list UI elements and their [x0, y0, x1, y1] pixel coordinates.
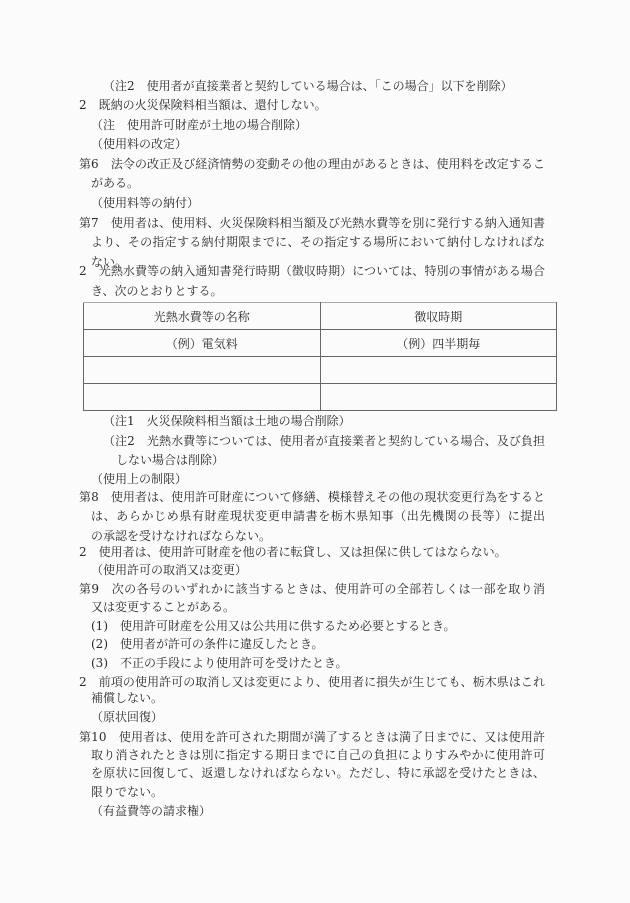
text-line: 又は変更することがある。 [91, 599, 235, 615]
text-line: （注1 火災保険料相当額は土地の場合削除） [103, 413, 351, 429]
text-line: （有益費等の請求権） [91, 803, 211, 819]
header-collection-period: 徴収時期 [320, 303, 557, 330]
text-line: 補償しない。 [91, 690, 163, 706]
cell-collection-period [320, 357, 557, 384]
utility-fee-table: 光熱水費等の名称 徴収時期 （例）電気料 （例）四半期毎 [83, 302, 557, 411]
text-line: 第8 使用者は、使用許可財産について修繕、模様替えその他の現状変更行為をするとき [79, 489, 545, 505]
text-line: 第10 使用者は、使用を許可された期間が満了するときは満了日までに、又は使用許可… [79, 729, 545, 745]
text-line: き、次のとおりとする。 [91, 283, 223, 299]
cell-collection-period: （例）四半期毎 [320, 330, 557, 357]
text-line: (1) 使用許可財産を公用又は公共用に供するため必要とするとき。 [91, 618, 456, 634]
text-line: より、その指定する納付期限までに、その指定する場所において納付しなければなら [91, 234, 545, 250]
text-line: は、あらかじめ県有財産現状変更申請書を栃木県知事（出先機関の長等）に提出し、そ [91, 508, 545, 524]
text-line: （注2 使用者が直接業者と契約している場合は、「この場合」以下を削除） [103, 78, 513, 94]
text-line: (2) 使用者が許可の条件に違反したとき。 [91, 636, 324, 652]
text-line: 2 使用者は、使用許可財産を他の者に転貸し、又は担保に供してはならない。 [79, 544, 507, 560]
cell-utility-name [84, 384, 321, 411]
cell-utility-name: （例）電気料 [84, 330, 321, 357]
text-line: がある。 [91, 175, 139, 191]
text-line: （使用上の制限） [91, 471, 187, 487]
table-row [84, 384, 557, 411]
text-line: （注 使用許可財産が土地の場合削除） [91, 117, 307, 133]
document-page: （注2 使用者が直接業者と契約している場合は、「この場合」以下を削除）2 既納の… [0, 0, 630, 903]
text-line: 2 前項の使用許可の取消し又は変更により、使用者に損失が生じても、栃木県はこれを [79, 674, 545, 690]
cell-utility-name [84, 357, 321, 384]
text-line: 第7 使用者は、使用料、火災保険料相当額及び光熱水費等を別に発行する納入通知書に [79, 215, 545, 231]
text-line: （使用料の改定） [91, 136, 187, 152]
text-line: 限りでない。 [91, 784, 163, 800]
text-line: （原状回復） [91, 709, 163, 725]
text-line: 2 光熱水費等の納入通知書発行時期（徴収時期）については、特別の事情がある場合を… [79, 263, 545, 279]
table-header-row: 光熱水費等の名称 徴収時期 [84, 303, 557, 330]
text-line: （注2 光熱水費等については、使用者が直接業者と契約している場合、及び負担を要 [103, 433, 545, 449]
table-row: （例）電気料 （例）四半期毎 [84, 330, 557, 357]
text-line: を原状に回復して、返還しなければならない。ただし、特に承認を受けたときは、この [91, 765, 545, 781]
text-line: しない場合は削除） [116, 452, 224, 468]
text-line: （使用許可の取消又は変更） [91, 562, 247, 578]
table-row [84, 357, 557, 384]
cell-collection-period [320, 384, 557, 411]
text-line: 取り消されたときは別に指定する期日までに自己の負担によりすみやかに使用許可財産 [91, 747, 545, 763]
text-line: の承認を受けなければならない。 [91, 528, 271, 544]
text-line: (3) 不正の手段により使用許可を受けたとき。 [91, 655, 348, 671]
text-line: 第6 法令の改正及び経済情勢の変動その他の理由があるときは、使用料を改定すること [79, 156, 545, 172]
text-line: （使用料等の納付） [91, 195, 199, 211]
header-utility-name: 光熱水費等の名称 [84, 303, 321, 330]
text-line: 第9 次の各号のいずれかに該当するときは、使用許可の全部若しくは一部を取り消し、 [79, 581, 545, 597]
text-line: 2 既納の火災保険料相当額は、還付しない。 [79, 97, 327, 113]
